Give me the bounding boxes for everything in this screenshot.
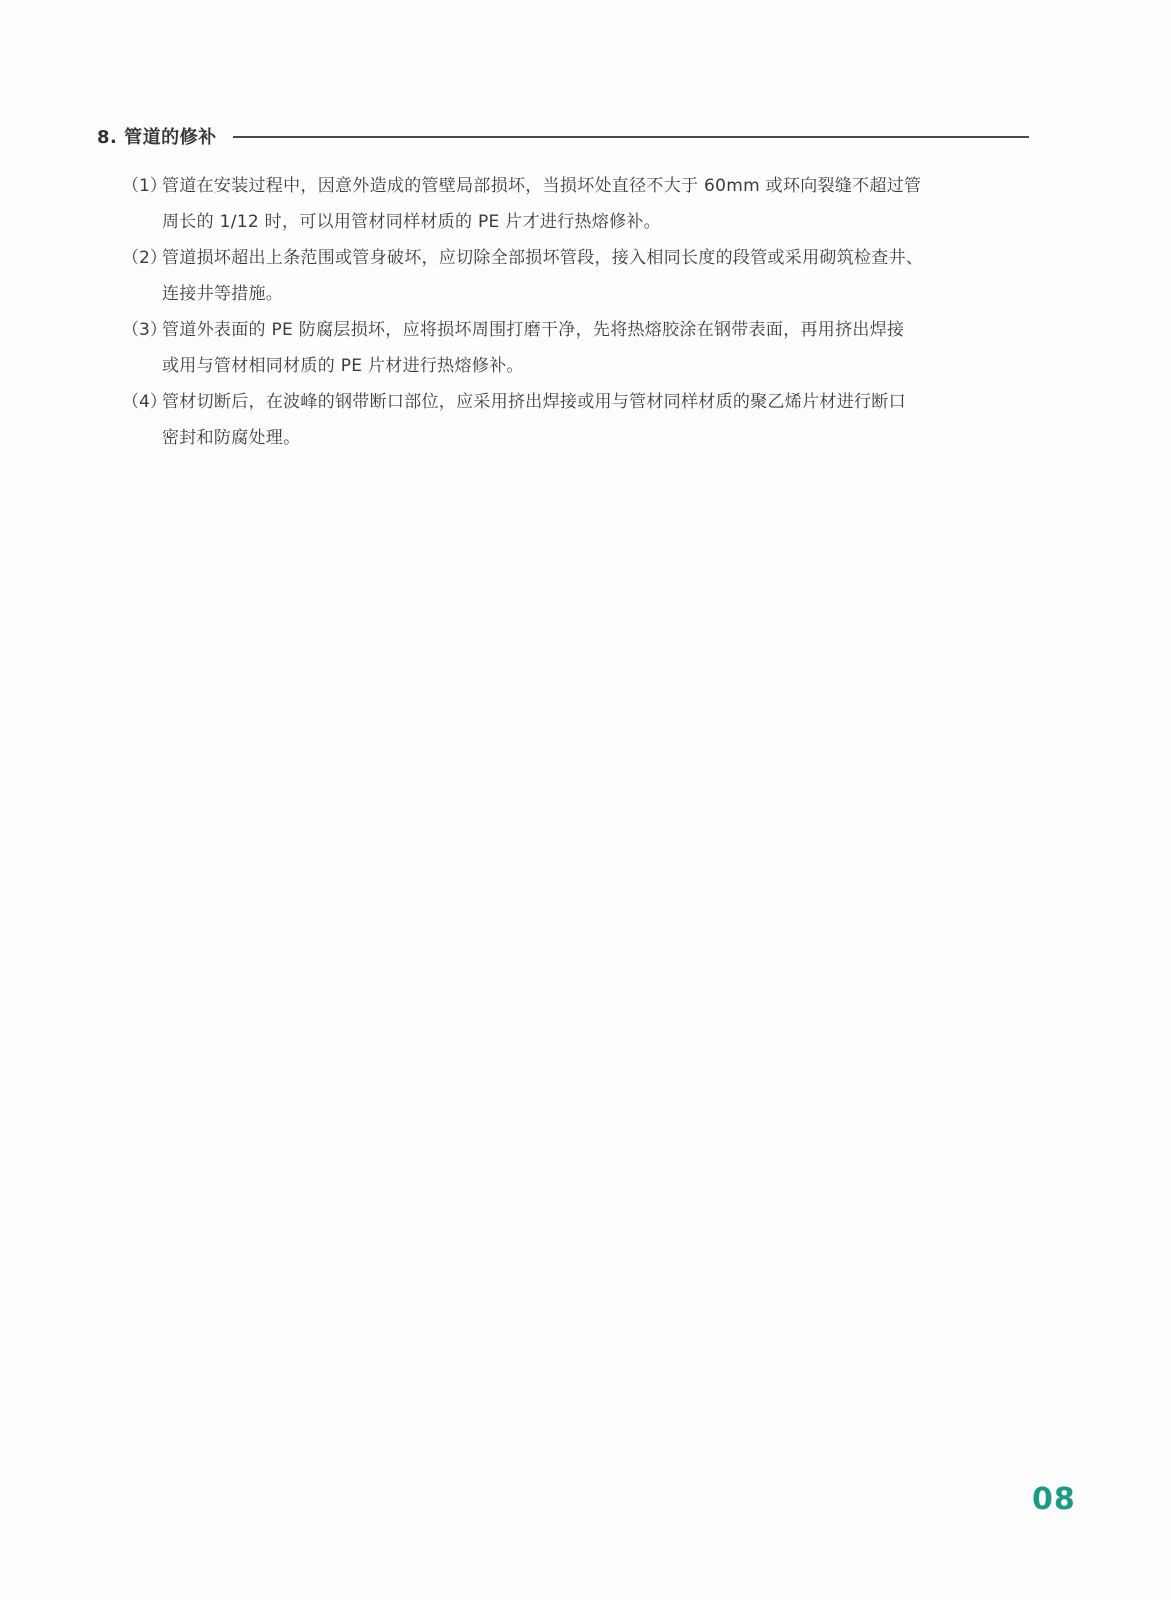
item-text-line: 周长的 1/12 时，可以用管材同样材质的 PE 片才进行热熔修补。 bbox=[162, 204, 1042, 240]
item-text: 管材切断后，在波峰的钢带断口部位，应采用挤出焊接或用与管材同样材质的聚乙烯片材进… bbox=[162, 384, 1042, 456]
item-text: 管道损坏超出上条范围或管身破坏，应切除全部损坏管段，接入相同长度的段管或采用砌筑… bbox=[162, 240, 1042, 312]
item-text-line: 或用与管材相同材质的 PE 片材进行热熔修补。 bbox=[162, 348, 1042, 384]
item-number: （3） bbox=[122, 312, 162, 384]
page-number: 08 bbox=[1032, 1482, 1076, 1517]
item-text-line: 密封和防腐处理。 bbox=[162, 420, 1042, 456]
item-text-line: 管道在安装过程中，因意外造成的管壁局部损坏，当损坏处直径不大于 60mm 或环向… bbox=[162, 168, 1042, 204]
item-text-line: 管道外表面的 PE 防腐层损坏，应将损坏周围打磨干净，先将热熔胶涂在钢带表面，再… bbox=[162, 312, 1042, 348]
list-item: （4） 管材切断后，在波峰的钢带断口部位，应采用挤出焊接或用与管材同样材质的聚乙… bbox=[122, 384, 1042, 456]
repair-items-list: （1） 管道在安装过程中，因意外造成的管壁局部损坏，当损坏处直径不大于 60mm… bbox=[122, 168, 1042, 456]
list-item: （2） 管道损坏超出上条范围或管身破坏，应切除全部损坏管段，接入相同长度的段管或… bbox=[122, 240, 1042, 312]
section-divider bbox=[233, 136, 1029, 138]
item-number: （1） bbox=[122, 168, 162, 240]
item-text-line: 连接井等措施。 bbox=[162, 276, 1042, 312]
section-header: 8. 管道的修补 bbox=[97, 124, 1029, 148]
list-item: （3） 管道外表面的 PE 防腐层损坏，应将损坏周围打磨干净，先将热熔胶涂在钢带… bbox=[122, 312, 1042, 384]
item-text-line: 管道损坏超出上条范围或管身破坏，应切除全部损坏管段，接入相同长度的段管或采用砌筑… bbox=[162, 240, 1042, 276]
item-text: 管道外表面的 PE 防腐层损坏，应将损坏周围打磨干净，先将热熔胶涂在钢带表面，再… bbox=[162, 312, 1042, 384]
list-item: （1） 管道在安装过程中，因意外造成的管壁局部损坏，当损坏处直径不大于 60mm… bbox=[122, 168, 1042, 240]
section-title: 8. 管道的修补 bbox=[97, 123, 217, 149]
item-text-line: 管材切断后，在波峰的钢带断口部位，应采用挤出焊接或用与管材同样材质的聚乙烯片材进… bbox=[162, 384, 1042, 420]
item-number: （2） bbox=[122, 240, 162, 312]
item-number: （4） bbox=[122, 384, 162, 456]
item-text: 管道在安装过程中，因意外造成的管壁局部损坏，当损坏处直径不大于 60mm 或环向… bbox=[162, 168, 1042, 240]
